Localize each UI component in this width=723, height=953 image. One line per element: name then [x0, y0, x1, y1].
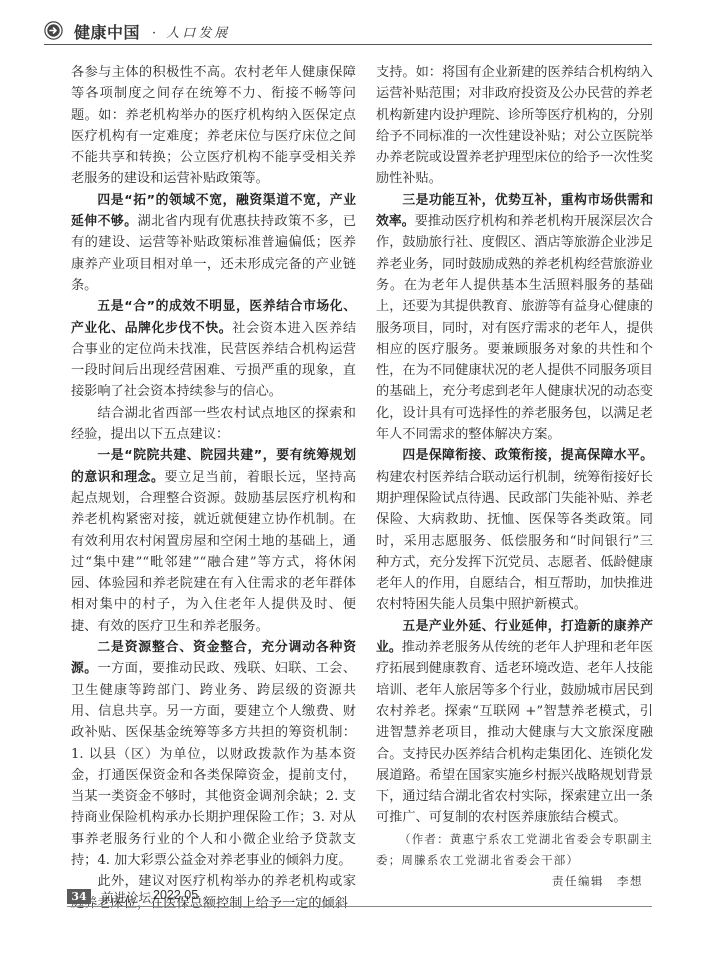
issue-date: 2022.05	[153, 888, 198, 902]
section-title: 健康中国	[74, 20, 140, 43]
paragraph: 四是“拓”的领域不宽，融资渠道不宽，产业延伸不够。湖北省内现有优惠扶持政策不多，…	[71, 190, 356, 296]
paragraph: 各参与主体的积极性不高。农村老年人健康保障等各项制度之间存在统筹不力、衔接不畅等…	[71, 62, 356, 190]
paragraph-text: 要推动医疗机构和养老机构开展深层次合作，鼓励旅行社、度假区、酒店等旅游企业涉足养…	[376, 214, 653, 442]
paragraph-text: 一方面，要推动民政、残联、妇联、工会、卫生健康等跨部门、跨业务、跨层级的资源共用…	[71, 661, 356, 868]
page-number: 34	[67, 889, 91, 904]
paragraph: 一是“院院共建、院园共建”，要有统筹规划的意识和理念。要立足当前，着眼长远，坚持…	[71, 445, 356, 637]
paragraph-text: 构建农村医养结合联动运行机制，统筹衔接好长期护理保险试点待遇、民政部门失能补贴、…	[376, 470, 653, 613]
paragraph-text: 推动养老服务从传统的老年人护理和老年医疗拓展到健康教育、适老环境改造、老年人技能…	[376, 640, 653, 825]
paragraph: 结合湖北省西部一些农村试点地区的探索和经验，提出以下五点建议：	[71, 403, 356, 446]
author-note: （作者：黄惠宁系农工党湖北省委会专职副主委；周縢系农工党湖北省委会干部）	[376, 829, 653, 872]
paragraph: 五是“合”的成效不明显，医养结合市场化、产业化、品牌化步伐不快。社会资本进入医养…	[71, 296, 356, 402]
right-column: 支持。如：将国有企业新建的医养结合机构纳入运营补贴范围；对非政府投资及公办民营的…	[376, 62, 653, 893]
point-heading: 四是保障衔接、政策衔接，提高保障水平。	[402, 448, 653, 463]
paragraph: 支持。如：将国有企业新建的医养结合机构纳入运营补贴范围；对非政府投资及公办民营的…	[376, 62, 653, 190]
section-subtitle: · 人口发展	[152, 22, 230, 41]
paragraph: 五是产业外延、行业延伸，打造新的康养产业。推动养老服务从传统的老年人护理和老年医…	[376, 616, 653, 829]
circle-arrow-right-icon	[44, 21, 63, 40]
paragraph: 四是保障衔接、政策衔接，提高保障水平。构建农村医养结合联动运行机制，统筹衔接好长…	[376, 445, 653, 615]
magazine-name: 前进论坛	[101, 888, 151, 906]
paragraph: 三是功能互补，优势互补，重构市场供需和效率。要推动医疗机构和养老机构开展深层次合…	[376, 190, 653, 446]
page-header: 健康中国 · 人口发展	[44, 18, 652, 45]
paragraph: 二是资源整合、资金整合，充分调动各种资源。一方面，要推动民政、残联、妇联、工会、…	[71, 637, 356, 871]
page-footer: 34 前进论坛 2022.05	[67, 888, 652, 907]
left-column: 各参与主体的积极性不高。农村老年人健康保障等各项制度之间存在统筹不力、衔接不畅等…	[71, 62, 356, 914]
paragraph-text: 要立足当前，着眼长远，坚持高起点规划，合理整合资源。鼓励基层医疗机构和养老机构紧…	[71, 470, 356, 634]
